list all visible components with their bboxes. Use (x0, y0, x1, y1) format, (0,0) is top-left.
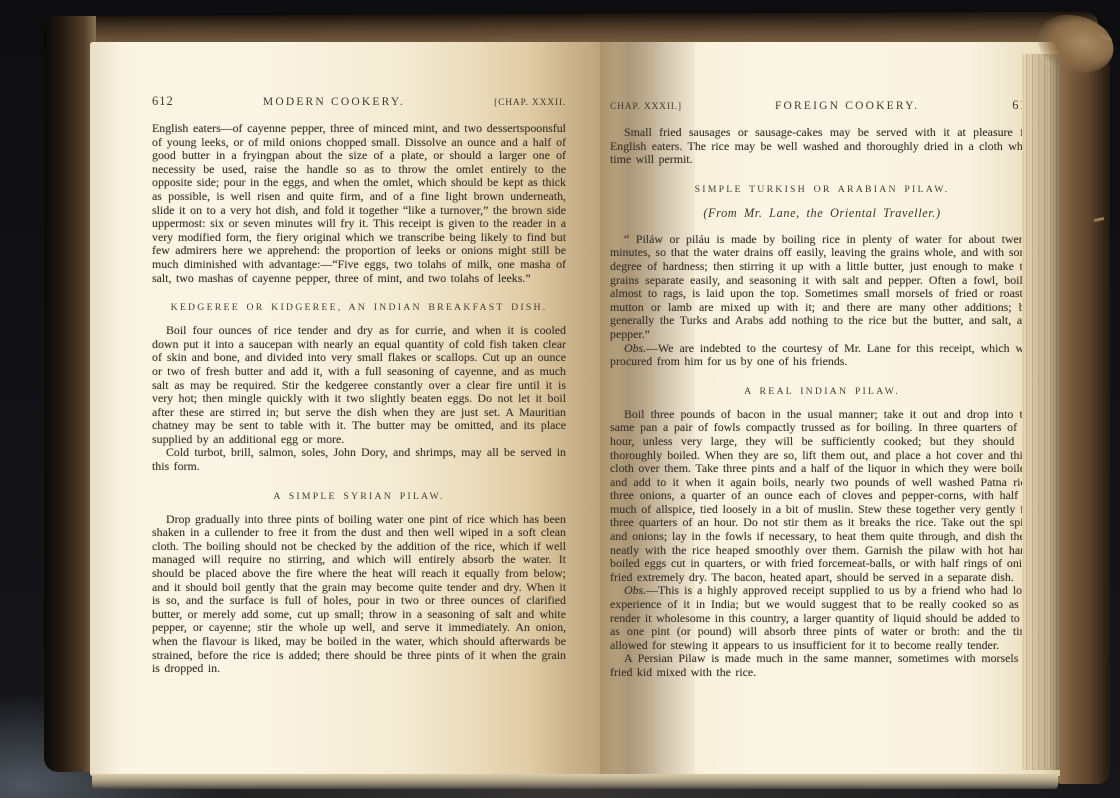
section-heading: A SIMPLE SYRIAN PILAW. (158, 491, 560, 502)
paragraph: English eaters—of cayenne pepper, three … (152, 122, 566, 285)
chapter-marker: [CHAP. XXXII. (494, 98, 566, 108)
running-title: FOREIGN COOKERY. (682, 100, 1012, 112)
running-title: MODERN COOKERY. (174, 96, 494, 108)
obs-label: Obs. (624, 583, 646, 597)
left-page: 612 MODERN COOKERY. [CHAP. XXXII. Englis… (152, 94, 566, 676)
book-cover-left-edge (44, 16, 96, 772)
book-cover-right-edge (1056, 26, 1110, 784)
obs-text: —This is a highly approved receipt suppl… (610, 583, 1034, 651)
page-number: 612 (152, 94, 174, 109)
paragraph: Small fried sausages or sausage-cakes ma… (610, 126, 1034, 167)
paragraph: “ Piláw or piláu is made by boiling rice… (610, 233, 1034, 342)
left-page-header: 612 MODERN COOKERY. [CHAP. XXXII. (152, 94, 566, 109)
attribution-subheading: (From Mr. Lane, the Oriental Traveller.) (610, 206, 1034, 221)
right-page-header: CHAP. XXXII.] FOREIGN COOKERY. 613 (610, 98, 1034, 113)
paragraph: Boil three pounds of bacon in the usual … (610, 408, 1034, 585)
paragraph: A Persian Pilaw is made much in the same… (610, 652, 1034, 679)
section-heading: A REAL INDIAN PILAW. (616, 386, 1028, 397)
paragraph: Cold turbot, brill, salmon, soles, John … (152, 446, 566, 473)
right-page: CHAP. XXXII.] FOREIGN COOKERY. 613 Small… (610, 98, 1034, 680)
section-heading: SIMPLE TURKISH OR ARABIAN PILAW. (616, 184, 1028, 195)
left-page-body: English eaters—of cayenne pepper, three … (152, 122, 566, 676)
paragraph: Drop gradually into three pints of boili… (152, 513, 566, 676)
right-page-body: Small fried sausages or sausage-cakes ma… (610, 126, 1034, 680)
page-stack-edge (1022, 54, 1060, 770)
bottom-page-edges (92, 774, 1058, 789)
obs-text: —We are indebted to the courtesy of Mr. … (610, 341, 1034, 369)
obs-label: Obs. (624, 341, 646, 355)
section-heading: KEDGEREE OR KIDGEREE, AN INDIAN BREAKFAS… (158, 302, 560, 313)
book-photo: 612 MODERN COOKERY. [CHAP. XXXII. Englis… (0, 0, 1120, 798)
chapter-marker: CHAP. XXXII.] (610, 102, 682, 112)
paragraph: Boil four ounces of rice tender and dry … (152, 324, 566, 446)
observation-paragraph: Obs.—We are indebted to the courtesy of … (610, 342, 1034, 369)
observation-paragraph: Obs.—This is a highly approved receipt s… (610, 584, 1034, 652)
